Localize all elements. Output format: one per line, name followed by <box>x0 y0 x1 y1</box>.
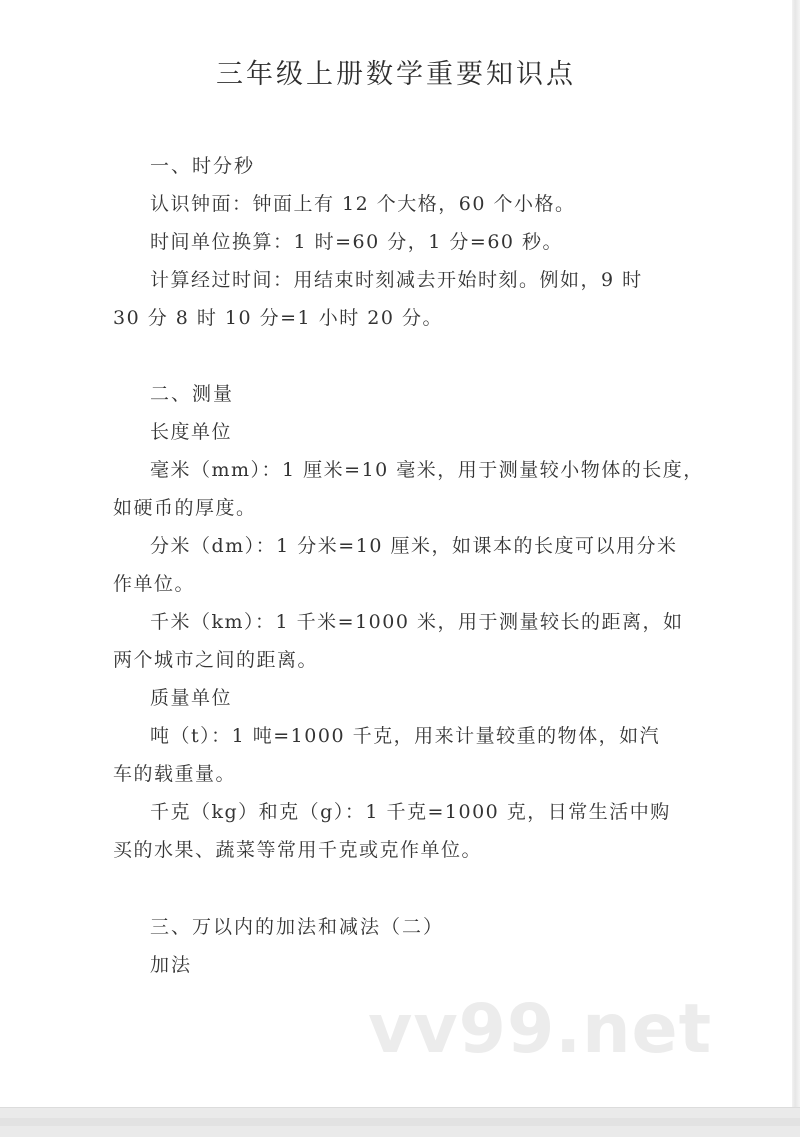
paragraph-line: 千克（kg）和克（g）：1 千克=1000 克，日常生活中购 <box>150 800 671 824</box>
paragraph-line: 车的载重量。 <box>113 762 236 786</box>
paragraph-line: 分米（dm）：1 分米=10 厘米，如课本的长度可以用分米 <box>150 534 677 558</box>
page-edge-shadow <box>792 0 800 1107</box>
paragraph-line: 作单位。 <box>113 572 195 596</box>
section-heading-time: 一、时分秒 <box>150 154 255 178</box>
section-heading-addition-subtraction: 三、万以内的加法和减法（二） <box>150 915 444 939</box>
paragraph-line: 买的水果、蔬菜等常用千克或克作单位。 <box>113 838 482 862</box>
paragraph-line: 吨（t）：1 吨=1000 千克，用来计量较重的物体，如汽 <box>150 724 660 748</box>
watermark: vv99.net <box>368 996 712 1064</box>
paragraph-line: 30 分 8 时 10 分=1 小时 20 分。 <box>113 306 443 330</box>
paragraph-line: 毫米（mm）：1 厘米=10 毫米，用于测量较小物体的长度， <box>150 458 704 482</box>
paragraph-line: 计算经过时间：用结束时刻减去开始时刻。例如，9 时 <box>150 268 643 292</box>
paragraph-line: 认识钟面：钟面上有 12 个大格，60 个小格。 <box>150 192 575 216</box>
paragraph-line: 如硬币的厚度。 <box>113 496 257 520</box>
subheading-addition: 加法 <box>150 953 192 977</box>
subheading-mass-units: 质量单位 <box>150 686 232 710</box>
section-heading-measurement: 二、测量 <box>150 382 234 406</box>
document-page: 三年级上册数学重要知识点 一、时分秒 认识钟面：钟面上有 12 个大格，60 个… <box>0 0 792 1107</box>
page-title: 三年级上册数学重要知识点 <box>0 52 792 91</box>
paragraph-line: 千米（km）：1 千米=1000 米，用于测量较长的距离，如 <box>150 610 683 634</box>
paragraph-line: 时间单位换算：1 时=60 分，1 分=60 秒。 <box>150 230 563 254</box>
page-bottom-border <box>0 1107 800 1137</box>
subheading-length-units: 长度单位 <box>150 420 232 444</box>
paragraph-line: 两个城市之间的距离。 <box>113 648 318 672</box>
